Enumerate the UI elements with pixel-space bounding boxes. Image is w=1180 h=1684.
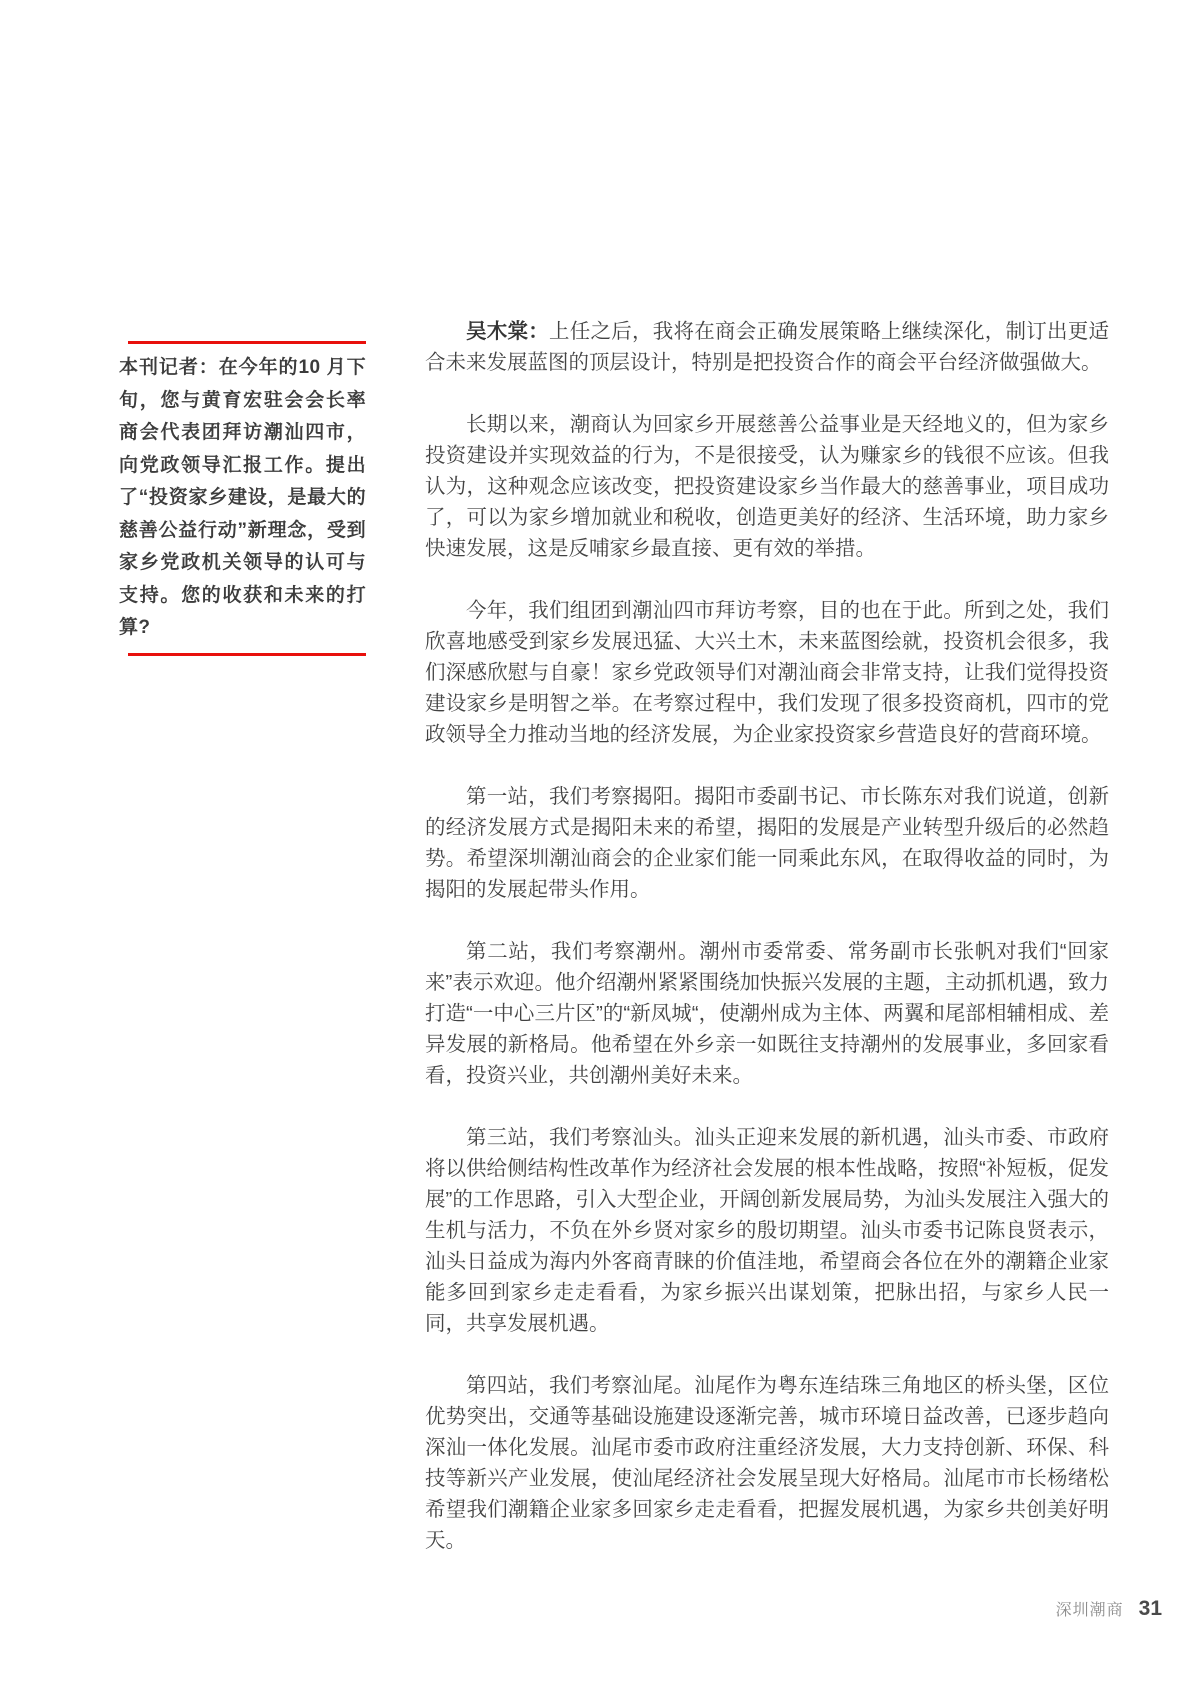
paragraph: 今年，我们组团到潮汕四市拜访考察，目的也在于此。所到之处，我们欣喜地感受到家乡发…: [425, 595, 1109, 750]
page-number: 31: [1139, 1597, 1162, 1621]
sidebar-question-text: 本刊记者：在今年的10 月下旬，您与黄育宏驻会会长率商会代表团拜访潮汕四市，向党…: [119, 357, 366, 638]
sidebar-top-rule: [128, 341, 366, 344]
paragraph: 第三站，我们考察汕头。汕头正迎来发展的新机遇，汕头市委、市政府将以供给侧结构性改…: [425, 1122, 1109, 1339]
sidebar-interviewer-question: 本刊记者：在今年的10 月下旬，您与黄育宏驻会会长率商会代表团拜访潮汕四市，向党…: [119, 352, 366, 645]
paragraph: 第二站，我们考察潮州。潮州市委常委、常务副市长张帆对我们“回家来”表示欢迎。他介…: [425, 936, 1109, 1091]
speaker-name: 吴木棠：: [466, 320, 549, 343]
paragraph-opening: 吴木棠：上任之后，我将在商会正确发展策略上继续深化，制订出更适合未来发展蓝图的顶…: [425, 316, 1109, 378]
magazine-page: { "sidebar": { "question": "本刊记者：在今年的10 …: [0, 0, 1180, 1684]
paragraph: 第四站，我们考察汕尾。汕尾作为粤东连结珠三角地区的桥头堡，区位优势突出，交通等基…: [425, 1370, 1109, 1556]
journal-name: 深圳潮商: [1056, 1597, 1124, 1620]
sidebar-bottom-rule: [128, 653, 366, 656]
page-footer: 深圳潮商 31: [1056, 1597, 1162, 1621]
paragraph: 长期以来，潮商认为回家乡开展慈善公益事业是天经地义的，但为家乡投资建设并实现效益…: [425, 409, 1109, 564]
paragraph: 第一站，我们考察揭阳。揭阳市委副书记、市长陈东对我们说道，创新的经济发展方式是揭…: [425, 781, 1109, 905]
article-body: 吴木棠：上任之后，我将在商会正确发展策略上继续深化，制订出更适合未来发展蓝图的顶…: [425, 316, 1109, 1556]
